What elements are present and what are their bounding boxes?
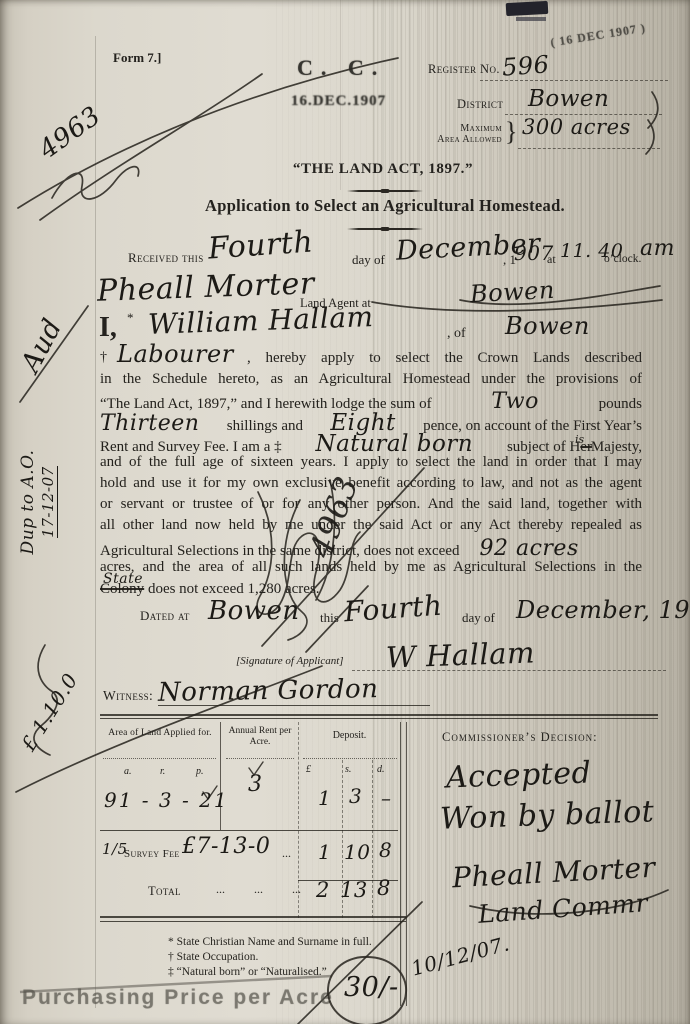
- his-inserted: is: [575, 433, 584, 446]
- dated-place: Bowen: [208, 596, 300, 626]
- table-vline-4: [372, 760, 373, 918]
- unit-shillings: s.: [345, 764, 351, 775]
- decl-line11: acres, and the area of all such lands he…: [100, 557, 642, 577]
- table-right-edge-1: [400, 722, 401, 1006]
- row2-value: £7-13-0: [182, 834, 270, 859]
- unit-p: p.: [196, 766, 204, 777]
- occupation: Labourer: [117, 340, 234, 368]
- colony-struck: Colony: [100, 581, 144, 597]
- table-right-edge-2: [406, 722, 407, 1006]
- divider-ornament-2: [347, 228, 423, 230]
- decision-line1: Accepted: [445, 755, 591, 795]
- footnote-1: * State Christian Name and Surname in fu…: [168, 936, 372, 948]
- row1-area: 91 - 3 - 21: [104, 788, 229, 812]
- max-area-value: 300 acres: [522, 115, 631, 139]
- commissioner-heading: Commissioner’s Decision:: [442, 730, 598, 745]
- total-shillings: 13: [340, 878, 368, 902]
- footnote-2: † State Occupation.: [168, 951, 258, 963]
- received-label: Received this: [128, 250, 204, 266]
- declaration-i: I,: [99, 312, 117, 344]
- table-vline-1: [220, 722, 221, 830]
- row1-rule: [100, 816, 398, 831]
- district-value: Bowen: [528, 86, 609, 112]
- decl-line8: or servant or trustee of or for any othe…: [100, 494, 642, 514]
- unit-pence: d.: [377, 764, 385, 775]
- oval-date-stamp: ( 16 DEC 1907 ): [549, 21, 647, 51]
- max-area-brace: }: [505, 117, 517, 147]
- commissioner-title: Land Commr: [477, 888, 649, 929]
- margin-amount-note: £ 1.10.0: [16, 669, 82, 755]
- table-top-rule-2: [100, 704, 658, 719]
- header-rule-3: [303, 744, 397, 759]
- row1-deposit-pence: –: [381, 786, 392, 810]
- ink-smudge-stamp-2: [516, 17, 546, 21]
- received-oclock-label: o’clock.: [604, 253, 641, 265]
- app-title: Application to Select an Agricultural Ho…: [140, 196, 630, 216]
- unit-pounds: £: [306, 764, 311, 775]
- received-at-label: at: [547, 252, 556, 267]
- row1-deposit-shillings: 3: [349, 784, 362, 808]
- header-rule-1: [103, 744, 216, 759]
- bottom-date-note: 10/12/07.: [409, 931, 512, 980]
- decl-line6: and of the full age of sixteen years. I …: [100, 452, 642, 472]
- received-dayof-label: day of: [352, 252, 385, 268]
- total-label: Total: [148, 884, 181, 899]
- unit-a: a.: [124, 766, 132, 777]
- total-pence: 8: [377, 876, 391, 900]
- row2-deposit-pounds: 1: [318, 840, 331, 864]
- of-label: , of: [447, 326, 466, 342]
- applicant-name: William Hallam: [147, 300, 374, 341]
- form-number: Form 7.]: [113, 50, 161, 66]
- total-pounds: 2: [316, 878, 330, 902]
- divider-ornament: [347, 190, 423, 192]
- document-page: Form 7.] 4963 C. C. 16.DEC.1907 ( 16 DEC…: [0, 0, 690, 1024]
- received-day: Fourth: [207, 224, 314, 266]
- row2-deposit-pence: 8: [379, 838, 392, 862]
- decl-line1: , hereby apply to select the Crown Lands…: [247, 350, 642, 367]
- dated-date: December, 1907: [516, 596, 690, 624]
- purchasing-price-stamp: Purchasing Price per Acre: [22, 986, 334, 1010]
- register-value: 596: [501, 50, 550, 81]
- col2-header: Annual Rent per Acre.: [224, 726, 296, 747]
- unit-r: r.: [160, 766, 165, 777]
- received-ampm: am: [640, 236, 675, 261]
- applicant-signature: W Hallam: [385, 635, 535, 674]
- commissioner-signature: Pheall Morter: [451, 851, 656, 895]
- total-dots: ... ... ...: [216, 882, 301, 897]
- decision-line2: Won by ballot: [439, 794, 654, 836]
- row1-deposit-pounds: 1: [318, 786, 331, 810]
- table-bottom-rule-2: [100, 907, 406, 922]
- margin-aud-note: Aud: [15, 314, 69, 378]
- cc-stamp: C. C.: [297, 55, 385, 81]
- row1-rent: 3: [248, 772, 263, 797]
- district-label: District: [457, 97, 503, 112]
- applicant-place: Bowen: [505, 312, 590, 340]
- max-area-label: Maximum Area Allowed: [402, 123, 502, 145]
- dagger-mark: †: [100, 350, 107, 366]
- dated-label: Dated at: [140, 608, 190, 624]
- signature-of-applicant-label: [Signature of Applicant]: [236, 655, 344, 667]
- col1-header: Area of Land Applied for.: [103, 728, 217, 738]
- margin-dup-note: Dup to A.O. 17-12-07: [18, 414, 62, 590]
- decl-line7: hold and use it for my own exclusive ben…: [100, 473, 642, 493]
- dated-this-label: this: [320, 610, 339, 626]
- ink-smudge-stamp: [506, 1, 549, 16]
- row2-dots: ...: [282, 846, 291, 861]
- price-circled-value: 30/-: [344, 972, 399, 1003]
- row2-deposit-shillings: 10: [344, 840, 370, 864]
- dated-day: Fourth: [343, 589, 444, 629]
- decl-line9: all other land now held by me under the …: [100, 515, 642, 535]
- dated-dayof-label: day of: [462, 610, 495, 626]
- declaration-star: *: [127, 310, 134, 326]
- row2-label: Survey Fee: [124, 848, 180, 860]
- col3-header: Deposit.: [303, 730, 396, 741]
- act-title: “THE LAND ACT, 1897.”: [180, 161, 586, 178]
- footnote-3: ‡ “Natural born” or “Naturalised.”: [168, 966, 327, 978]
- land-agent-place: Bowen: [469, 276, 555, 308]
- oval-date-stamp-text: 16 DEC 1907: [558, 22, 638, 48]
- fold-line: [95, 36, 96, 1008]
- cc-date-stamp: 16.DEC.1907: [291, 93, 386, 110]
- decl-line2: in the Schedule hereto, as an Agricultur…: [100, 369, 642, 389]
